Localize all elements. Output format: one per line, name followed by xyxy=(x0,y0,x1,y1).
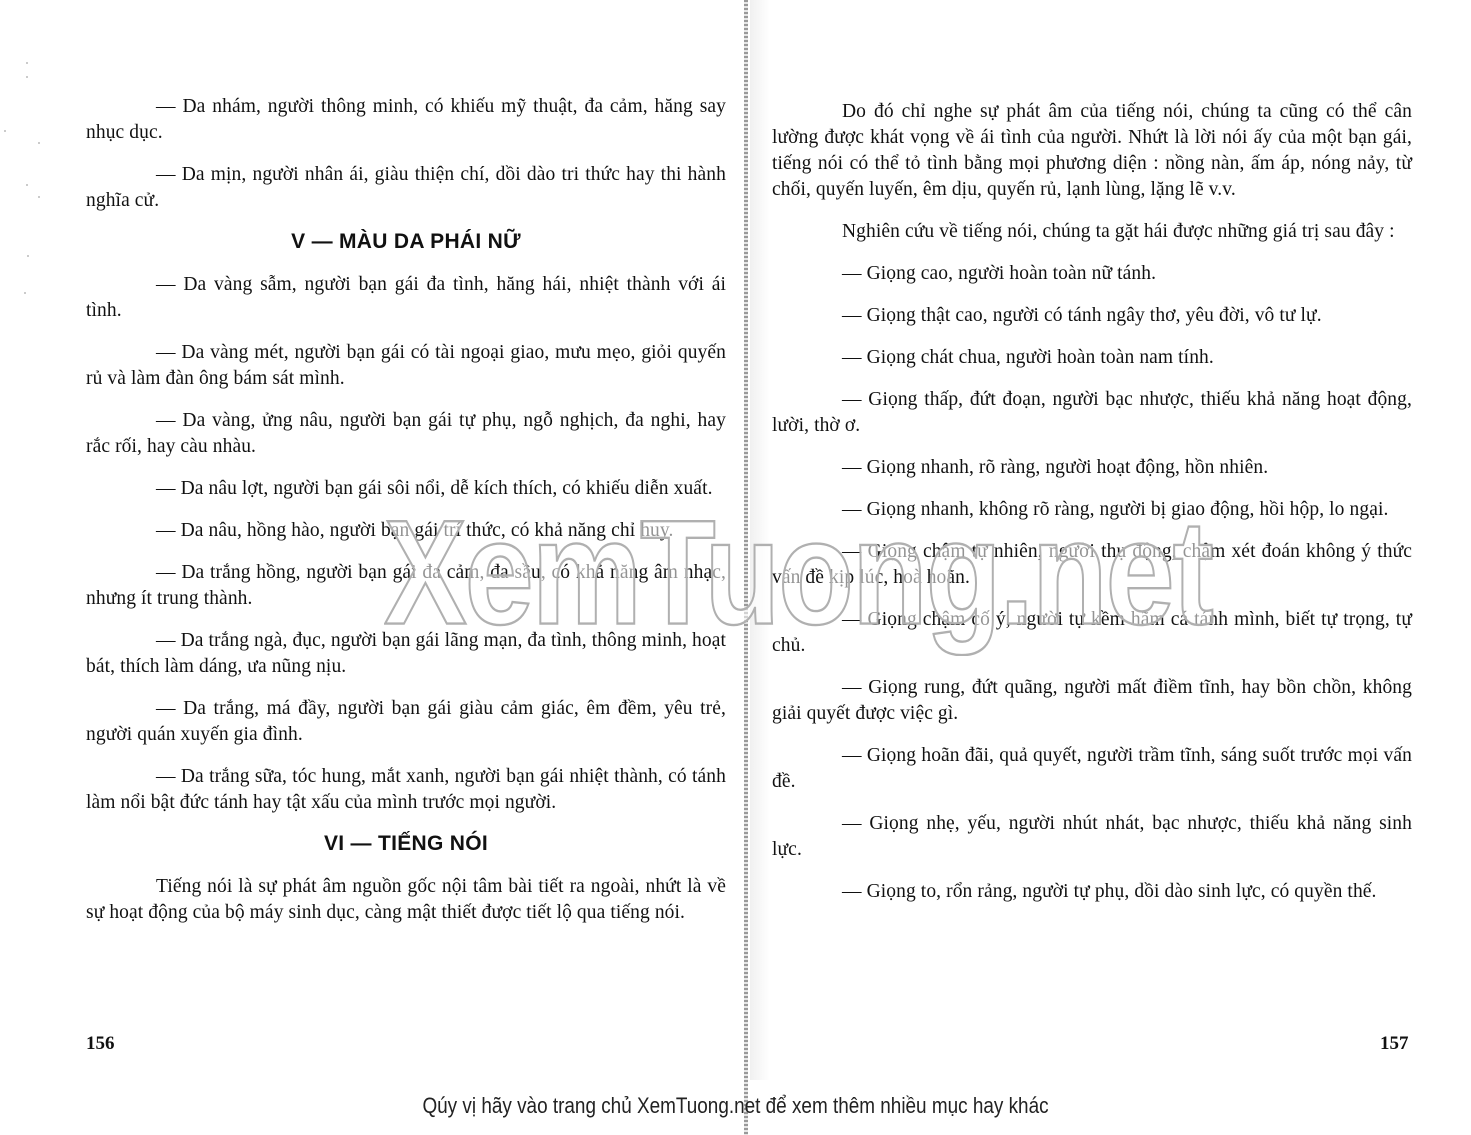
scan-speck xyxy=(26,62,28,64)
right-page-number: 157 xyxy=(1380,1033,1409,1055)
paragraph-text: — Da vàng, ửng nâu, người bạn gái tự phụ… xyxy=(86,410,726,457)
paragraph-text: — Da nâu lợt, người bạn gái sôi nổi, dễ … xyxy=(156,478,713,499)
paragraph-text: — Giọng chát chua, người hoàn toàn nam t… xyxy=(842,347,1214,368)
paragraph-text: — Da nhám, người thông minh, có khiếu mỹ… xyxy=(86,96,726,143)
paragraph-text: Tiếng nói là sự phát âm nguồn gốc nội tâ… xyxy=(86,876,726,923)
footer-promo-text: Qúy vị hãy vào trang chủ XemTuong.net để… xyxy=(103,1093,1368,1119)
paragraph-text: — Giọng rung, đứt quãng, người mất điềm … xyxy=(772,677,1412,724)
left-page-text-column: — Da nhám, người thông minh, có khiếu mỹ… xyxy=(86,94,726,942)
paragraph-text: — Da trắng sữa, tóc hung, mắt xanh, ngườ… xyxy=(86,766,726,813)
paragraph-text: — Giọng nhẹ, yếu, người nhút nhát, bạc n… xyxy=(772,813,1412,860)
paragraph-text: — Da mịn, người nhân ái, giàu thiện chí,… xyxy=(86,164,726,211)
section-heading: V — MÀU DA PHÁI NỮ xyxy=(86,230,726,254)
paragraph: — Da vàng, ửng nâu, người bạn gái tự phụ… xyxy=(86,408,726,460)
paragraph-text: — Da vàng mét, người bạn gái có tài ngoạ… xyxy=(86,342,726,389)
paragraph-text: — Da trắng ngà, đục, người bạn gái lãng … xyxy=(86,630,726,677)
paragraph: — Giọng rung, đứt quãng, người mất điềm … xyxy=(772,675,1412,727)
paragraph: — Da nhám, người thông minh, có khiếu mỹ… xyxy=(86,94,726,146)
paragraph: — Da trắng sữa, tóc hung, mắt xanh, ngườ… xyxy=(86,764,726,816)
left-page-number: 156 xyxy=(86,1033,115,1055)
paragraph: — Da trắng hồng, người bạn gái đa cảm, đ… xyxy=(86,560,726,612)
right-page: Do đó chỉ nghe sự phát âm của tiếng nói,… xyxy=(750,0,1471,1080)
paragraph: — Giọng hoãn đãi, quả quyết, người trầm … xyxy=(772,743,1412,795)
footer-site-link[interactable]: XemTuong.net xyxy=(637,1093,760,1118)
paragraph: — Da nâu lợt, người bạn gái sôi nổi, dễ … xyxy=(86,476,726,502)
scan-speck xyxy=(26,184,28,186)
scan-speck xyxy=(38,196,40,198)
paragraph-text: Do đó chỉ nghe sự phát âm của tiếng nói,… xyxy=(772,101,1412,200)
paragraph-text: — Giọng to, rổn rảng, người tự phụ, dồi … xyxy=(842,881,1377,902)
paragraph: — Da nâu, hồng hào, người bạn gái trí th… xyxy=(86,518,726,544)
paragraph: — Giọng nhanh, rõ ràng, người hoạt động,… xyxy=(772,455,1412,481)
paragraph-text: — Giọng chậm tự nhiên, người thụ động, c… xyxy=(772,541,1412,588)
right-page-text-column: Do đó chỉ nghe sự phát âm của tiếng nói,… xyxy=(772,99,1412,921)
paragraph-text: — Giọng cao, người hoàn toàn nữ tánh. xyxy=(842,263,1156,284)
paragraph-text: — Giọng thấp, đứt đoạn, người bạc nhược,… xyxy=(772,389,1412,436)
section-heading: VI — TIẾNG NÓI xyxy=(86,832,726,856)
paragraph-text: — Da nâu, hồng hào, người bạn gái trí th… xyxy=(156,520,673,541)
paragraph: Nghiên cứu về tiếng nói, chúng ta gặt há… xyxy=(772,219,1412,245)
paragraph: — Giọng chát chua, người hoàn toàn nam t… xyxy=(772,345,1412,371)
book-spine-divider xyxy=(744,0,748,1135)
paragraph: — Giọng nhanh, không rõ ràng, người bị g… xyxy=(772,497,1412,523)
paragraph: Do đó chỉ nghe sự phát âm của tiếng nói,… xyxy=(772,99,1412,203)
paragraph-text: — Giọng hoãn đãi, quả quyết, người trầm … xyxy=(772,745,1412,792)
scan-speck xyxy=(4,130,6,132)
left-page: — Da nhám, người thông minh, có khiếu mỹ… xyxy=(0,0,745,1080)
paragraph: — Da vàng mét, người bạn gái có tài ngoạ… xyxy=(86,340,726,392)
footer-text-after: để xem thêm nhiều mục hay khác xyxy=(760,1093,1048,1118)
paragraph: — Giọng cao, người hoàn toàn nữ tánh. xyxy=(772,261,1412,287)
paragraph-text: — Da trắng, má đầy, người bạn gái giàu c… xyxy=(86,698,726,745)
paragraph: — Giọng chậm cố ý, người tự kềm hãm cá t… xyxy=(772,607,1412,659)
paragraph: — Giọng thật cao, người có tánh ngây thơ… xyxy=(772,303,1412,329)
book-spread: — Da nhám, người thông minh, có khiếu mỹ… xyxy=(0,0,1471,1135)
paragraph: — Da vàng sẫm, người bạn gái đa tình, hă… xyxy=(86,272,726,324)
scan-speck xyxy=(38,142,40,144)
paragraph: — Da trắng ngà, đục, người bạn gái lãng … xyxy=(86,628,726,680)
paragraph-text: — Giọng nhanh, không rõ ràng, người bị g… xyxy=(842,499,1388,520)
paragraph: — Da mịn, người nhân ái, giàu thiện chí,… xyxy=(86,162,726,214)
scan-speck xyxy=(24,292,26,294)
scan-speck xyxy=(27,255,29,257)
paragraph-text: Nghiên cứu về tiếng nói, chúng ta gặt há… xyxy=(842,221,1395,242)
paragraph-text: — Da vàng sẫm, người bạn gái đa tình, hă… xyxy=(86,274,726,321)
footer-text-before: Qúy vị hãy vào trang chủ xyxy=(422,1093,637,1118)
paragraph-text: — Giọng chậm cố ý, người tự kềm hãm cá t… xyxy=(772,609,1412,656)
paragraph-text: — Giọng thật cao, người có tánh ngây thơ… xyxy=(842,305,1322,326)
paragraph: — Da trắng, má đầy, người bạn gái giàu c… xyxy=(86,696,726,748)
paragraph: — Giọng thấp, đứt đoạn, người bạc nhược,… xyxy=(772,387,1412,439)
paragraph: Tiếng nói là sự phát âm nguồn gốc nội tâ… xyxy=(86,874,726,926)
paragraph-text: — Da trắng hồng, người bạn gái đa cảm, đ… xyxy=(86,562,726,609)
paragraph: — Giọng to, rổn rảng, người tự phụ, dồi … xyxy=(772,879,1412,905)
scan-speck xyxy=(26,76,28,78)
paragraph: — Giọng nhẹ, yếu, người nhút nhát, bạc n… xyxy=(772,811,1412,863)
paragraph-text: — Giọng nhanh, rõ ràng, người hoạt động,… xyxy=(842,457,1268,478)
paragraph: — Giọng chậm tự nhiên, người thụ động, c… xyxy=(772,539,1412,591)
